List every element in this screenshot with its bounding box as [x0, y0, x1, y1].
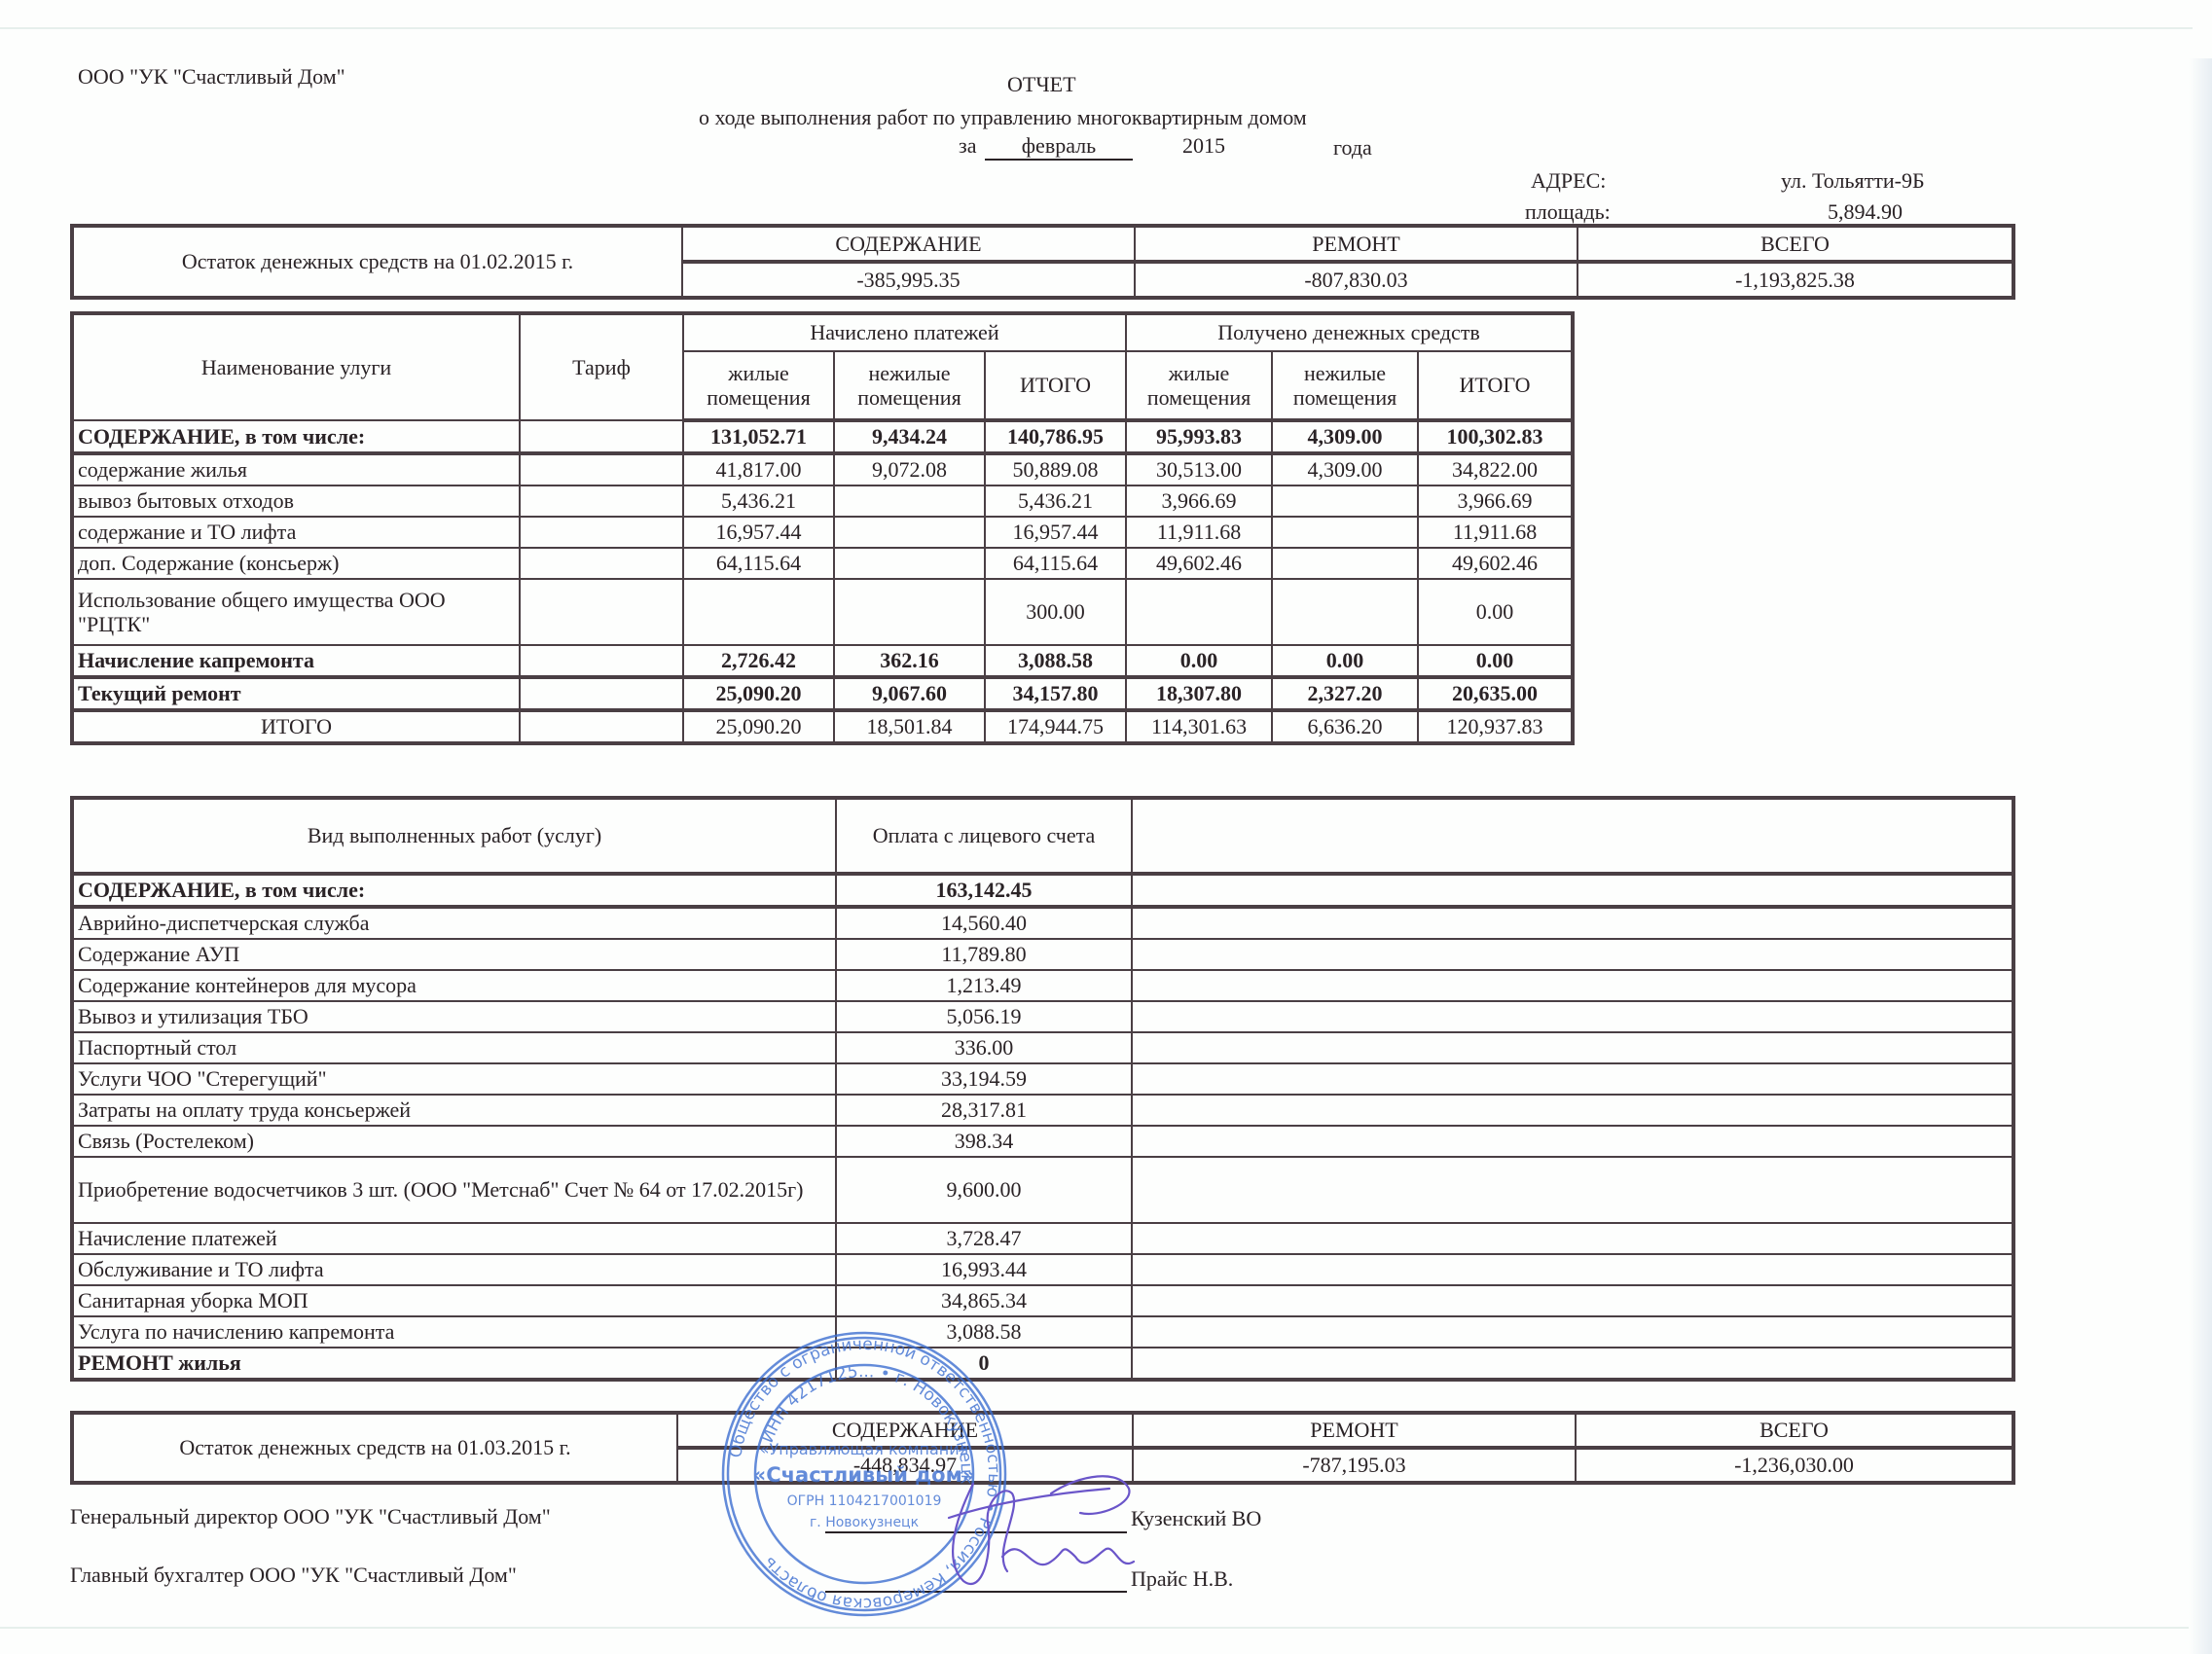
- amount-rec-total: 34,822.00: [1418, 453, 1573, 485]
- svg-text:«Управляющая компания: «Управляющая компания: [760, 1440, 969, 1458]
- work-name: Приобретение водосчетчиков 3 шт. (ООО "М…: [72, 1157, 836, 1223]
- empty-cell: [1132, 1126, 2013, 1157]
- report-title: ОТЧЕТ: [1007, 74, 1076, 95]
- closing-col-total: ВСЕГО: [1576, 1413, 2013, 1448]
- empty-cell: [1132, 1348, 2013, 1380]
- period-prefix: за: [959, 135, 976, 157]
- address-label: АДРЕС:: [1531, 170, 1606, 192]
- work-payment: 28,317.81: [836, 1095, 1132, 1126]
- empty-cell: [1132, 1095, 2013, 1126]
- table-row: Услуга по начислению капремонта3,088.58: [72, 1316, 2013, 1348]
- table-row: Использование общего имущества ООО "РЦТК…: [72, 579, 1573, 645]
- scan-artifact-top: [0, 27, 2193, 29]
- table-row: Вывоз и утилизация ТБО5,056.19: [72, 1001, 2013, 1032]
- period-month: февраль: [985, 135, 1133, 161]
- work-name: СОДЕРЖАНИЕ, в том числе:: [72, 874, 836, 907]
- work-name: Аврийно-диспетчерская служба: [72, 907, 836, 939]
- tariff-cell: [520, 517, 683, 548]
- service-name: содержание и ТО лифта: [72, 517, 520, 548]
- amount-rec-total: 0.00: [1418, 645, 1573, 677]
- header-received-nonresidential: нежилые помещения: [1272, 351, 1418, 420]
- opening-value-total: -1,193,825.38: [1577, 262, 2013, 298]
- amount-rec-total: 3,966.69: [1418, 485, 1573, 517]
- empty-cell: [1132, 1157, 2013, 1223]
- empty-cell: [1132, 907, 2013, 939]
- amount-acc-nonres: 9,072.08: [834, 453, 985, 485]
- address-value: ул. Тольятти-9Б: [1781, 170, 1925, 192]
- amount-acc-nonres: 9,067.60: [834, 677, 985, 710]
- amount-acc-total: 140,786.95: [985, 420, 1126, 453]
- amount-rec-nonres: [1272, 548, 1418, 579]
- tariff-cell: [520, 710, 683, 743]
- amount-acc-nonres: [834, 548, 985, 579]
- work-name: Обслуживание и ТО лифта: [72, 1254, 836, 1285]
- table-row: Начисление капремонта2,726.42362.163,088…: [72, 645, 1573, 677]
- amount-rec-res: 3,966.69: [1126, 485, 1272, 517]
- table-row: Санитарная уборка МОП34,865.34: [72, 1285, 2013, 1316]
- tariff-cell: [520, 548, 683, 579]
- amount-acc-total: 64,115.64: [985, 548, 1126, 579]
- header-received-group: Получено денежных средств: [1126, 313, 1573, 351]
- tariff-cell: [520, 677, 683, 710]
- header-accrued-group: Начислено платежей: [683, 313, 1126, 351]
- work-name: Связь (Ростелеком): [72, 1126, 836, 1157]
- table-row: Содержание АУП11,789.80: [72, 939, 2013, 970]
- empty-cell: [1132, 1063, 2013, 1095]
- service-name: ИТОГО: [72, 710, 520, 743]
- amount-rec-res: 18,307.80: [1126, 677, 1272, 710]
- amount-rec-nonres: 4,309.00: [1272, 453, 1418, 485]
- amount-rec-total: 0.00: [1418, 579, 1573, 645]
- empty-cell: [1132, 1001, 2013, 1032]
- empty-cell: [1132, 1223, 2013, 1254]
- service-name: Использование общего имущества ООО "РЦТК…: [72, 579, 520, 645]
- work-payment: 16,993.44: [836, 1254, 1132, 1285]
- work-payment: 336.00: [836, 1032, 1132, 1063]
- report-subtitle: о ходе выполнения работ по управлению мн…: [699, 107, 1307, 128]
- amount-rec-nonres: [1272, 485, 1418, 517]
- table-row: Затраты на оплату труда консьержей28,317…: [72, 1095, 2013, 1126]
- area-value: 5,894.90: [1828, 201, 1903, 223]
- header-work-type: Вид выполненных работ (услуг): [72, 798, 836, 874]
- amount-acc-total: 300.00: [985, 579, 1126, 645]
- amount-rec-nonres: 4,309.00: [1272, 420, 1418, 453]
- tariff-cell: [520, 645, 683, 677]
- tariff-cell: [520, 420, 683, 453]
- empty-cell: [1132, 1032, 2013, 1063]
- work-name: Паспортный стол: [72, 1032, 836, 1063]
- amount-acc-total: 50,889.08: [985, 453, 1126, 485]
- work-payment: 9,600.00: [836, 1157, 1132, 1223]
- work-payment: 14,560.40: [836, 907, 1132, 939]
- amount-rec-nonres: 6,636.20: [1272, 710, 1418, 743]
- empty-cell: [1132, 970, 2013, 1001]
- opening-balance-table: Остаток денежных средств на 01.02.2015 г…: [70, 224, 2015, 300]
- table-row: РЕМОНТ жилья0: [72, 1348, 2013, 1380]
- amount-acc-res: 5,436.21: [683, 485, 834, 517]
- work-name: Санитарная уборка МОП: [72, 1285, 836, 1316]
- handwritten-signature-icon: [934, 1464, 1187, 1600]
- table-row: ИТОГО25,090.2018,501.84174,944.75114,301…: [72, 710, 1573, 743]
- table-row: Обслуживание и ТО лифта16,993.44: [72, 1254, 2013, 1285]
- amount-acc-res: [683, 579, 834, 645]
- header-service: Наименование улуги: [72, 313, 520, 420]
- amount-acc-res: 2,726.42: [683, 645, 834, 677]
- opening-col-total: ВСЕГО: [1577, 226, 2013, 262]
- work-name: Содержание контейнеров для мусора: [72, 970, 836, 1001]
- work-name: Затраты на оплату труда консьержей: [72, 1095, 836, 1126]
- closing-balance-label: Остаток денежных средств на 01.03.2015 г…: [72, 1413, 677, 1483]
- header-received-total: ИТОГО: [1418, 351, 1573, 420]
- work-payment: 163,142.45: [836, 874, 1132, 907]
- amount-rec-total: 11,911.68: [1418, 517, 1573, 548]
- area-label: площадь:: [1525, 201, 1611, 223]
- amount-acc-res: 131,052.71: [683, 420, 834, 453]
- amount-rec-total: 100,302.83: [1418, 420, 1573, 453]
- table-row: СОДЕРЖАНИЕ, в том числе:131,052.719,434.…: [72, 420, 1573, 453]
- period-year-suffix: года: [1333, 137, 1372, 159]
- table-row: Содержание контейнеров для мусора1,213.4…: [72, 970, 2013, 1001]
- opening-value-maintenance: -385,995.35: [682, 262, 1135, 298]
- closing-col-repair: РЕМОНТ: [1133, 1413, 1576, 1448]
- company-name: ООО "УК "Счастливый Дом": [78, 66, 345, 88]
- table-row: Услуги ЧОО "Стерегущий"33,194.59: [72, 1063, 2013, 1095]
- table-row: содержание жилья41,817.009,072.0850,889.…: [72, 453, 1573, 485]
- accountant-role: Главный бухгалтер ООО "УК "Счастливый До…: [70, 1564, 517, 1586]
- tariff-cell: [520, 485, 683, 517]
- header-received-residential: жилые помещения: [1126, 351, 1272, 420]
- svg-text:ОГРН 1104217001019: ОГРН 1104217001019: [787, 1493, 942, 1509]
- amount-acc-res: 64,115.64: [683, 548, 834, 579]
- tariff-cell: [520, 453, 683, 485]
- table-row: Текущий ремонт25,090.209,067.6034,157.80…: [72, 677, 1573, 710]
- closing-value-repair: -787,195.03: [1133, 1448, 1576, 1483]
- service-name: доп. Содержание (консьерж): [72, 548, 520, 579]
- amount-rec-total: 120,937.83: [1418, 710, 1573, 743]
- table-row: Приобретение водосчетчиков 3 шт. (ООО "М…: [72, 1157, 2013, 1223]
- closing-value-total: -1,236,030.00: [1576, 1448, 2013, 1483]
- header-accrued-total: ИТОГО: [985, 351, 1126, 420]
- amount-rec-res: 114,301.63: [1126, 710, 1272, 743]
- table-row: СОДЕРЖАНИЕ, в том числе:163,142.45: [72, 874, 2013, 907]
- period-year: 2015: [1182, 135, 1225, 157]
- service-name: СОДЕРЖАНИЕ, в том числе:: [72, 420, 520, 453]
- work-name: Начисление платежей: [72, 1223, 836, 1254]
- amount-acc-res: 25,090.20: [683, 710, 834, 743]
- director-role: Генеральный директор ООО "УК "Счастливый…: [70, 1506, 551, 1528]
- work-payment: 11,789.80: [836, 939, 1132, 970]
- amount-rec-res: 49,602.46: [1126, 548, 1272, 579]
- service-name: вывоз бытовых отходов: [72, 485, 520, 517]
- amount-rec-res: 95,993.83: [1126, 420, 1272, 453]
- table-row: Аврийно-диспетчерская служба14,560.40: [72, 907, 2013, 939]
- amount-acc-nonres: [834, 517, 985, 548]
- table-row: Начисление платежей3,728.47: [72, 1223, 2013, 1254]
- work-payment: 5,056.19: [836, 1001, 1132, 1032]
- svg-text:г. Новокузнецк: г. Новокузнецк: [810, 1515, 919, 1530]
- scan-artifact-bottom: [0, 1627, 2193, 1629]
- work-payment: 3,728.47: [836, 1223, 1132, 1254]
- table-row: Связь (Ростелеком)398.34: [72, 1126, 2013, 1157]
- amount-rec-res: 11,911.68: [1126, 517, 1272, 548]
- amount-acc-nonres: [834, 579, 985, 645]
- table-row: Паспортный стол336.00: [72, 1032, 2013, 1063]
- empty-cell: [1132, 1316, 2013, 1348]
- table-row: содержание и ТО лифта16,957.4416,957.441…: [72, 517, 1573, 548]
- empty-cell: [1132, 1285, 2013, 1316]
- opening-balance-label: Остаток денежных средств на 01.02.2015 г…: [72, 226, 682, 298]
- amount-rec-total: 49,602.46: [1418, 548, 1573, 579]
- amount-rec-res: 0.00: [1126, 645, 1272, 677]
- opening-value-repair: -807,830.03: [1135, 262, 1577, 298]
- amount-rec-nonres: [1272, 517, 1418, 548]
- header-payment: Оплата с лицевого счета: [836, 798, 1132, 874]
- amount-rec-total: 20,635.00: [1418, 677, 1573, 710]
- amount-acc-total: 34,157.80: [985, 677, 1126, 710]
- opening-col-repair: РЕМОНТ: [1135, 226, 1577, 262]
- amount-acc-total: 174,944.75: [985, 710, 1126, 743]
- amount-acc-total: 16,957.44: [985, 517, 1126, 548]
- charges-table: Наименование улуги Тариф Начислено плате…: [70, 311, 1575, 745]
- amount-acc-nonres: 362.16: [834, 645, 985, 677]
- work-name: Услуги ЧОО "Стерегущий": [72, 1063, 836, 1095]
- amount-rec-res: 30,513.00: [1126, 453, 1272, 485]
- amount-rec-nonres: 2,327.20: [1272, 677, 1418, 710]
- amount-acc-nonres: 9,434.24: [834, 420, 985, 453]
- work-name: Содержание АУП: [72, 939, 836, 970]
- table-row: доп. Содержание (консьерж)64,115.6464,11…: [72, 548, 1573, 579]
- header-accrued-nonresidential: нежилые помещения: [834, 351, 985, 420]
- header-accrued-residential: жилые помещения: [683, 351, 834, 420]
- empty-cell: [1132, 939, 2013, 970]
- amount-rec-nonres: [1272, 579, 1418, 645]
- table-row: вывоз бытовых отходов5,436.215,436.213,9…: [72, 485, 1573, 517]
- amount-acc-nonres: 18,501.84: [834, 710, 985, 743]
- opening-col-maintenance: СОДЕРЖАНИЕ: [682, 226, 1135, 262]
- service-name: Текущий ремонт: [72, 677, 520, 710]
- amount-rec-nonres: 0.00: [1272, 645, 1418, 677]
- page-edge-shadow: [2189, 58, 2212, 1654]
- works-table: Вид выполненных работ (услуг) Оплата с л…: [70, 796, 2015, 1382]
- work-payment: 398.34: [836, 1126, 1132, 1157]
- work-payment: 33,194.59: [836, 1063, 1132, 1095]
- empty-cell: [1132, 1254, 2013, 1285]
- empty-cell: [1132, 874, 2013, 907]
- service-name: Начисление капремонта: [72, 645, 520, 677]
- work-name: Вывоз и утилизация ТБО: [72, 1001, 836, 1032]
- amount-acc-total: 3,088.58: [985, 645, 1126, 677]
- service-name: содержание жилья: [72, 453, 520, 485]
- amount-acc-res: 16,957.44: [683, 517, 834, 548]
- amount-acc-total: 5,436.21: [985, 485, 1126, 517]
- header-tariff: Тариф: [520, 313, 683, 420]
- header-empty: [1132, 798, 2013, 874]
- work-payment: 34,865.34: [836, 1285, 1132, 1316]
- amount-acc-res: 25,090.20: [683, 677, 834, 710]
- amount-acc-res: 41,817.00: [683, 453, 834, 485]
- amount-acc-nonres: [834, 485, 985, 517]
- amount-rec-res: [1126, 579, 1272, 645]
- tariff-cell: [520, 579, 683, 645]
- work-payment: 1,213.49: [836, 970, 1132, 1001]
